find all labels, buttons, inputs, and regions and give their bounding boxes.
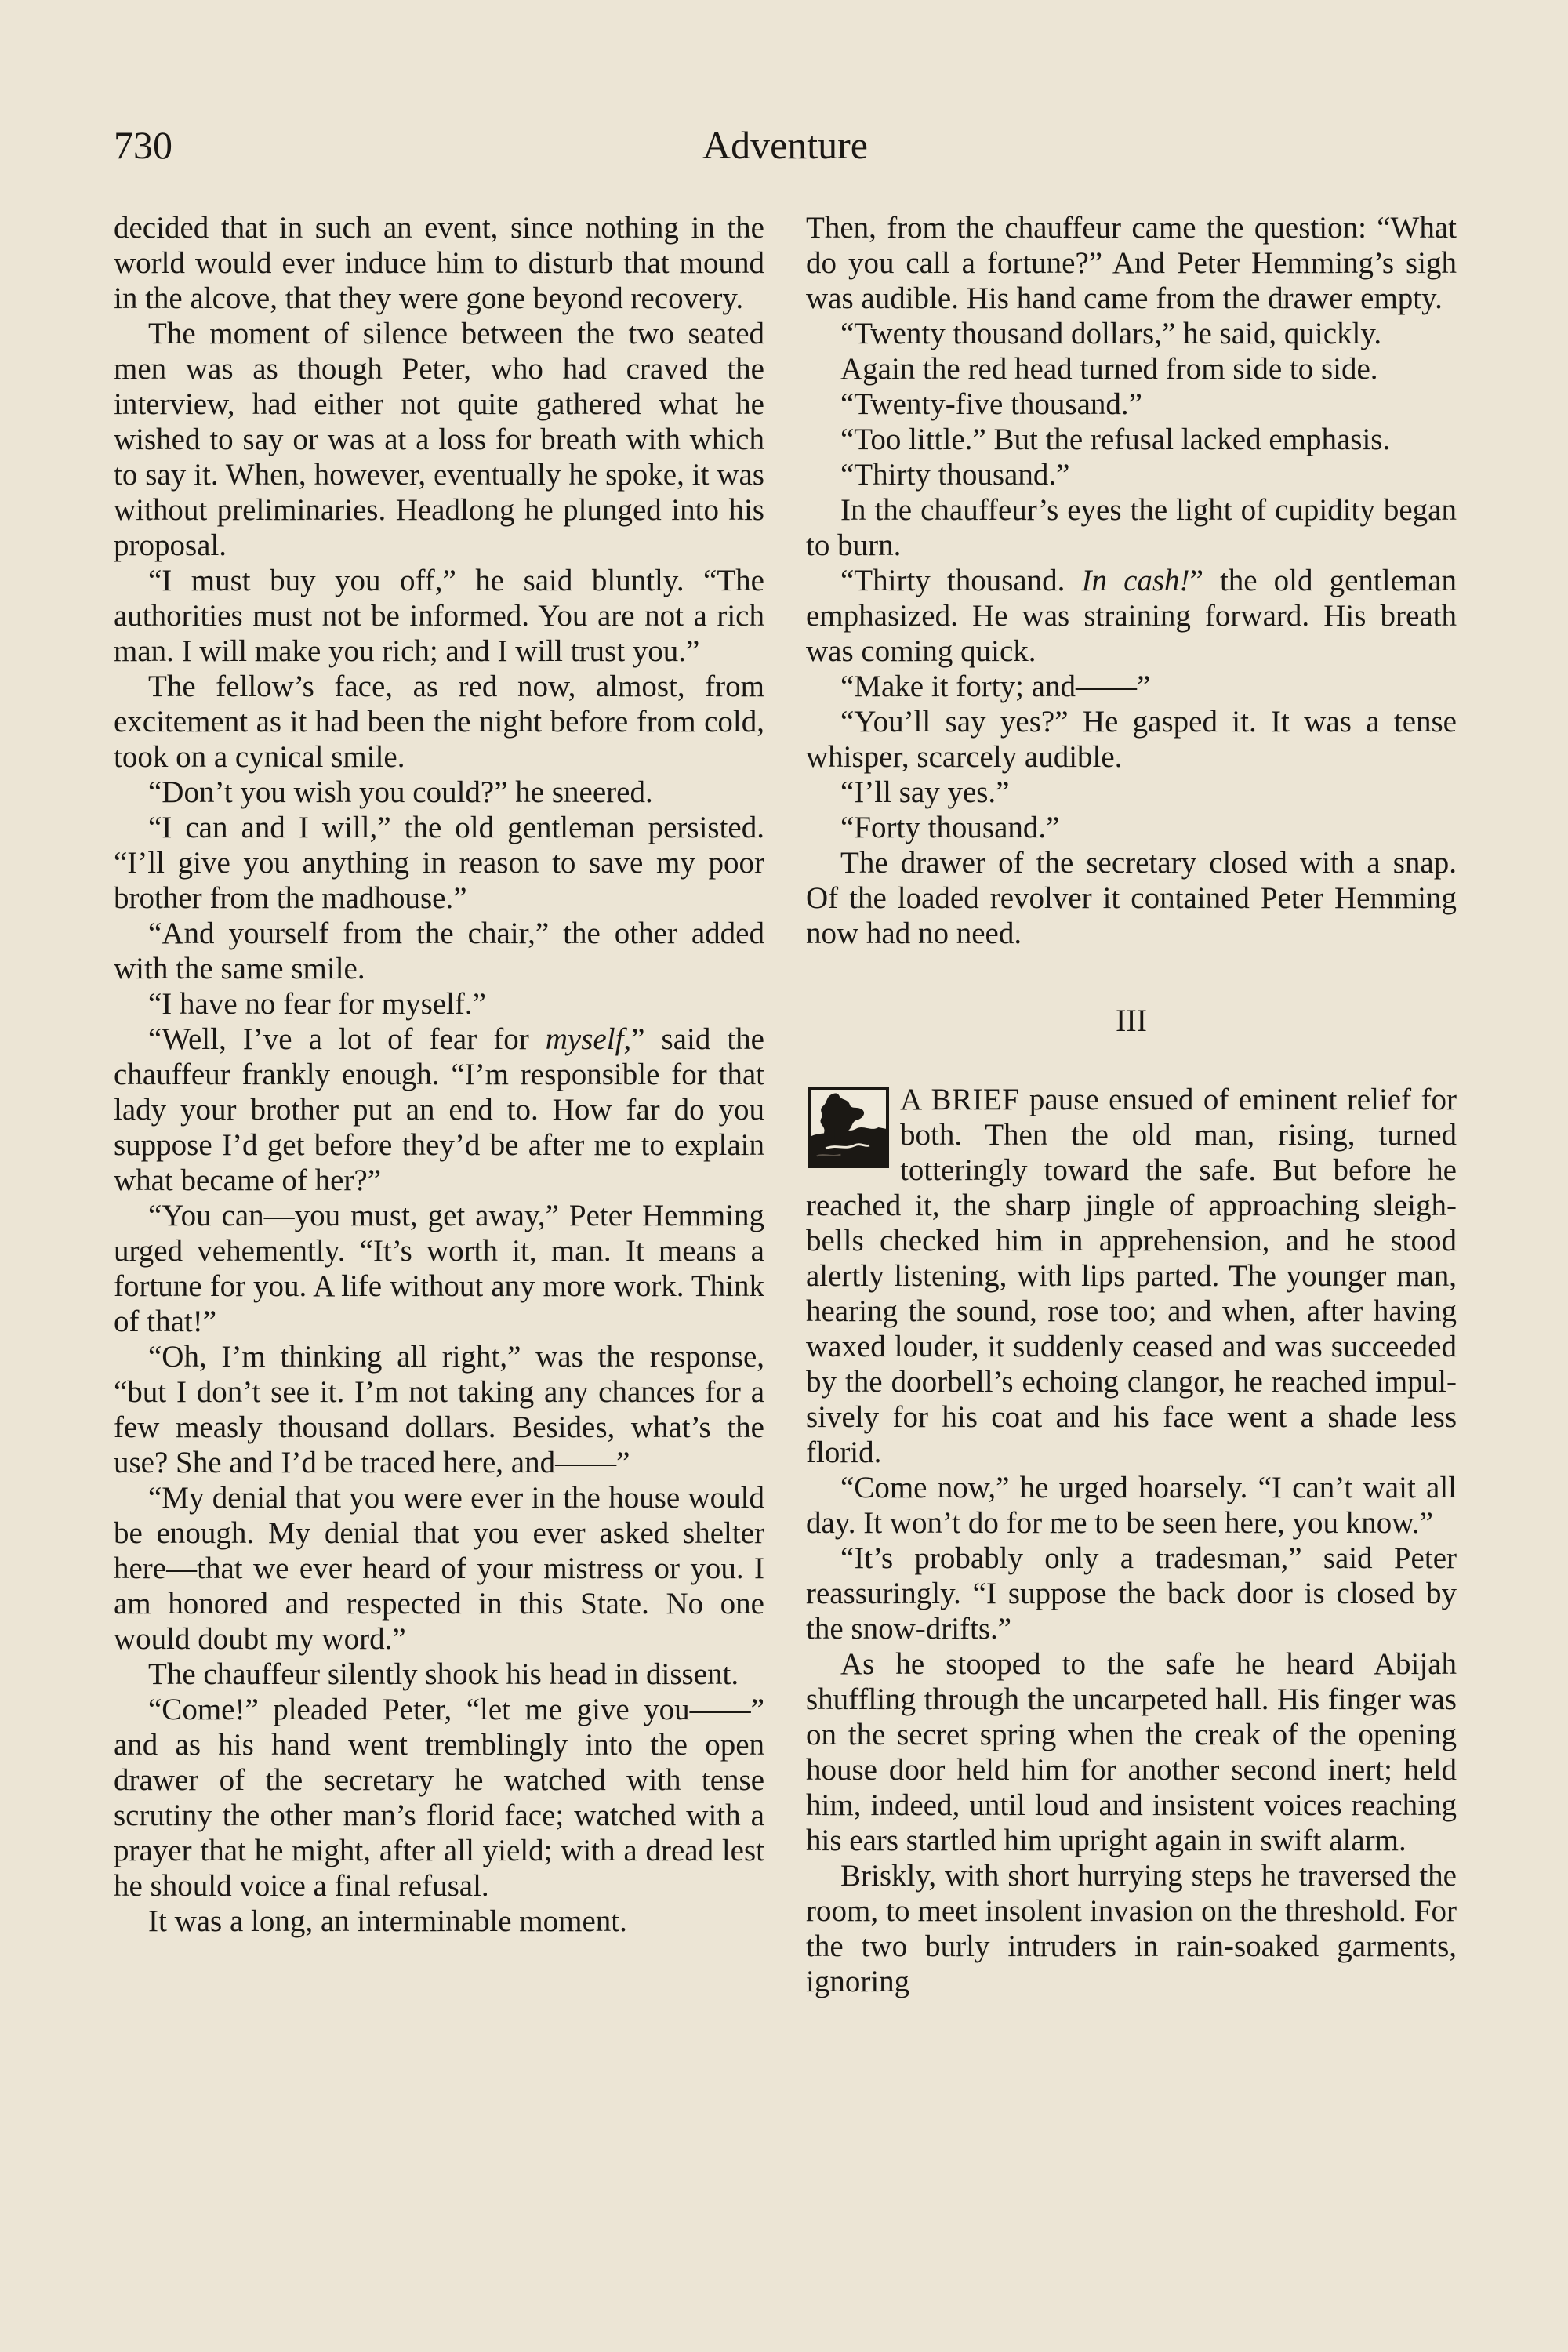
italic-emphasis: myself xyxy=(546,1022,624,1056)
paragraph: “Forty thousand.” xyxy=(806,810,1457,845)
paragraph: Again the red head turned from side to s… xyxy=(806,351,1457,387)
paragraph: The fellow’s face, as red now, almost, f… xyxy=(114,669,764,775)
paragraph: decided that in such an event, since not… xyxy=(114,210,764,316)
paragraph: “Thirty thousand. In cash!” the old gent… xyxy=(806,563,1457,669)
paragraph: “It’s probably only a tradesman,” said P… xyxy=(806,1541,1457,1646)
paragraph: “I must buy you off,” he said bluntly. “… xyxy=(114,563,764,669)
paragraph: As he stooped to the safe he heard Abija… xyxy=(806,1646,1457,1858)
paragraph: “Too little.” But the refusal lacked em­… xyxy=(806,422,1457,457)
paragraph: Then, from the chauffeur came the questi… xyxy=(806,210,1457,316)
running-title: Adventure xyxy=(114,118,1457,172)
paragraph: “Twenty thousand dollars,” he said, quic… xyxy=(806,316,1457,351)
paragraph: “Don’t you wish you could?” he sneered. xyxy=(114,775,764,810)
paragraph: “I’ll say yes.” xyxy=(806,775,1457,810)
paragraph: “Oh, I’m thinking all right,” was the re… xyxy=(114,1339,764,1480)
paragraph: “I can and I will,” the old gentleman pe… xyxy=(114,810,764,916)
text-run: “Thirty thousand. xyxy=(840,564,1082,597)
paragraph: “You’ll say yes?” He gasped it. It was a… xyxy=(806,704,1457,775)
text-run: “Well, I’ve a lot of fear for xyxy=(148,1022,546,1056)
paragraph: The drawer of the secretary closed with … xyxy=(806,845,1457,951)
paragraph: It was a long, an interminable moment. xyxy=(114,1904,764,1939)
dropcap-lead-text: A BRIEF xyxy=(900,1083,1019,1116)
paragraph: “And yourself from the chair,” the other… xyxy=(114,916,764,986)
paragraph: “Twenty-five thousand.” xyxy=(806,387,1457,422)
paragraph: “Make it forty; and——” xyxy=(806,669,1457,704)
paragraph: “Well, I’ve a lot of fear for myself,” s… xyxy=(114,1022,764,1198)
paragraph: Briskly, with short hurrying steps he tr… xyxy=(806,1858,1457,1999)
section-heading: III xyxy=(806,1003,1457,1038)
paragraph: “You can—you must, get away,” Peter Hemm… xyxy=(114,1198,764,1339)
page-header: 730 Adventure xyxy=(114,118,1457,172)
paragraph: “Come now,” he urged hoarsely. “I can’t … xyxy=(806,1470,1457,1541)
woodcut-tree-icon xyxy=(808,1087,889,1168)
paragraph: “My denial that you were ever in the hou… xyxy=(114,1480,764,1657)
right-column: Then, from the chauffeur came the questi… xyxy=(806,210,1457,1999)
text-run: pause ensued of eminent relief for both.… xyxy=(806,1083,1457,1469)
paragraph: The moment of silence between the two se… xyxy=(114,316,764,563)
paragraph: The chauffeur silently shook his head in… xyxy=(114,1657,764,1692)
italic-emphasis: In cash! xyxy=(1082,564,1190,597)
paragraph: A BRIEF pause ensued of eminent relief f… xyxy=(806,1082,1457,1470)
paragraph: In the chauffeur’s eyes the light of cup… xyxy=(806,492,1457,563)
paragraph: “Come!” pleaded Peter, “let me give you—… xyxy=(114,1692,764,1904)
paragraph: “Thirty thousand.” xyxy=(806,457,1457,492)
paragraph: “I have no fear for myself.” xyxy=(114,986,764,1022)
left-column: decided that in such an event, since not… xyxy=(114,210,764,1939)
